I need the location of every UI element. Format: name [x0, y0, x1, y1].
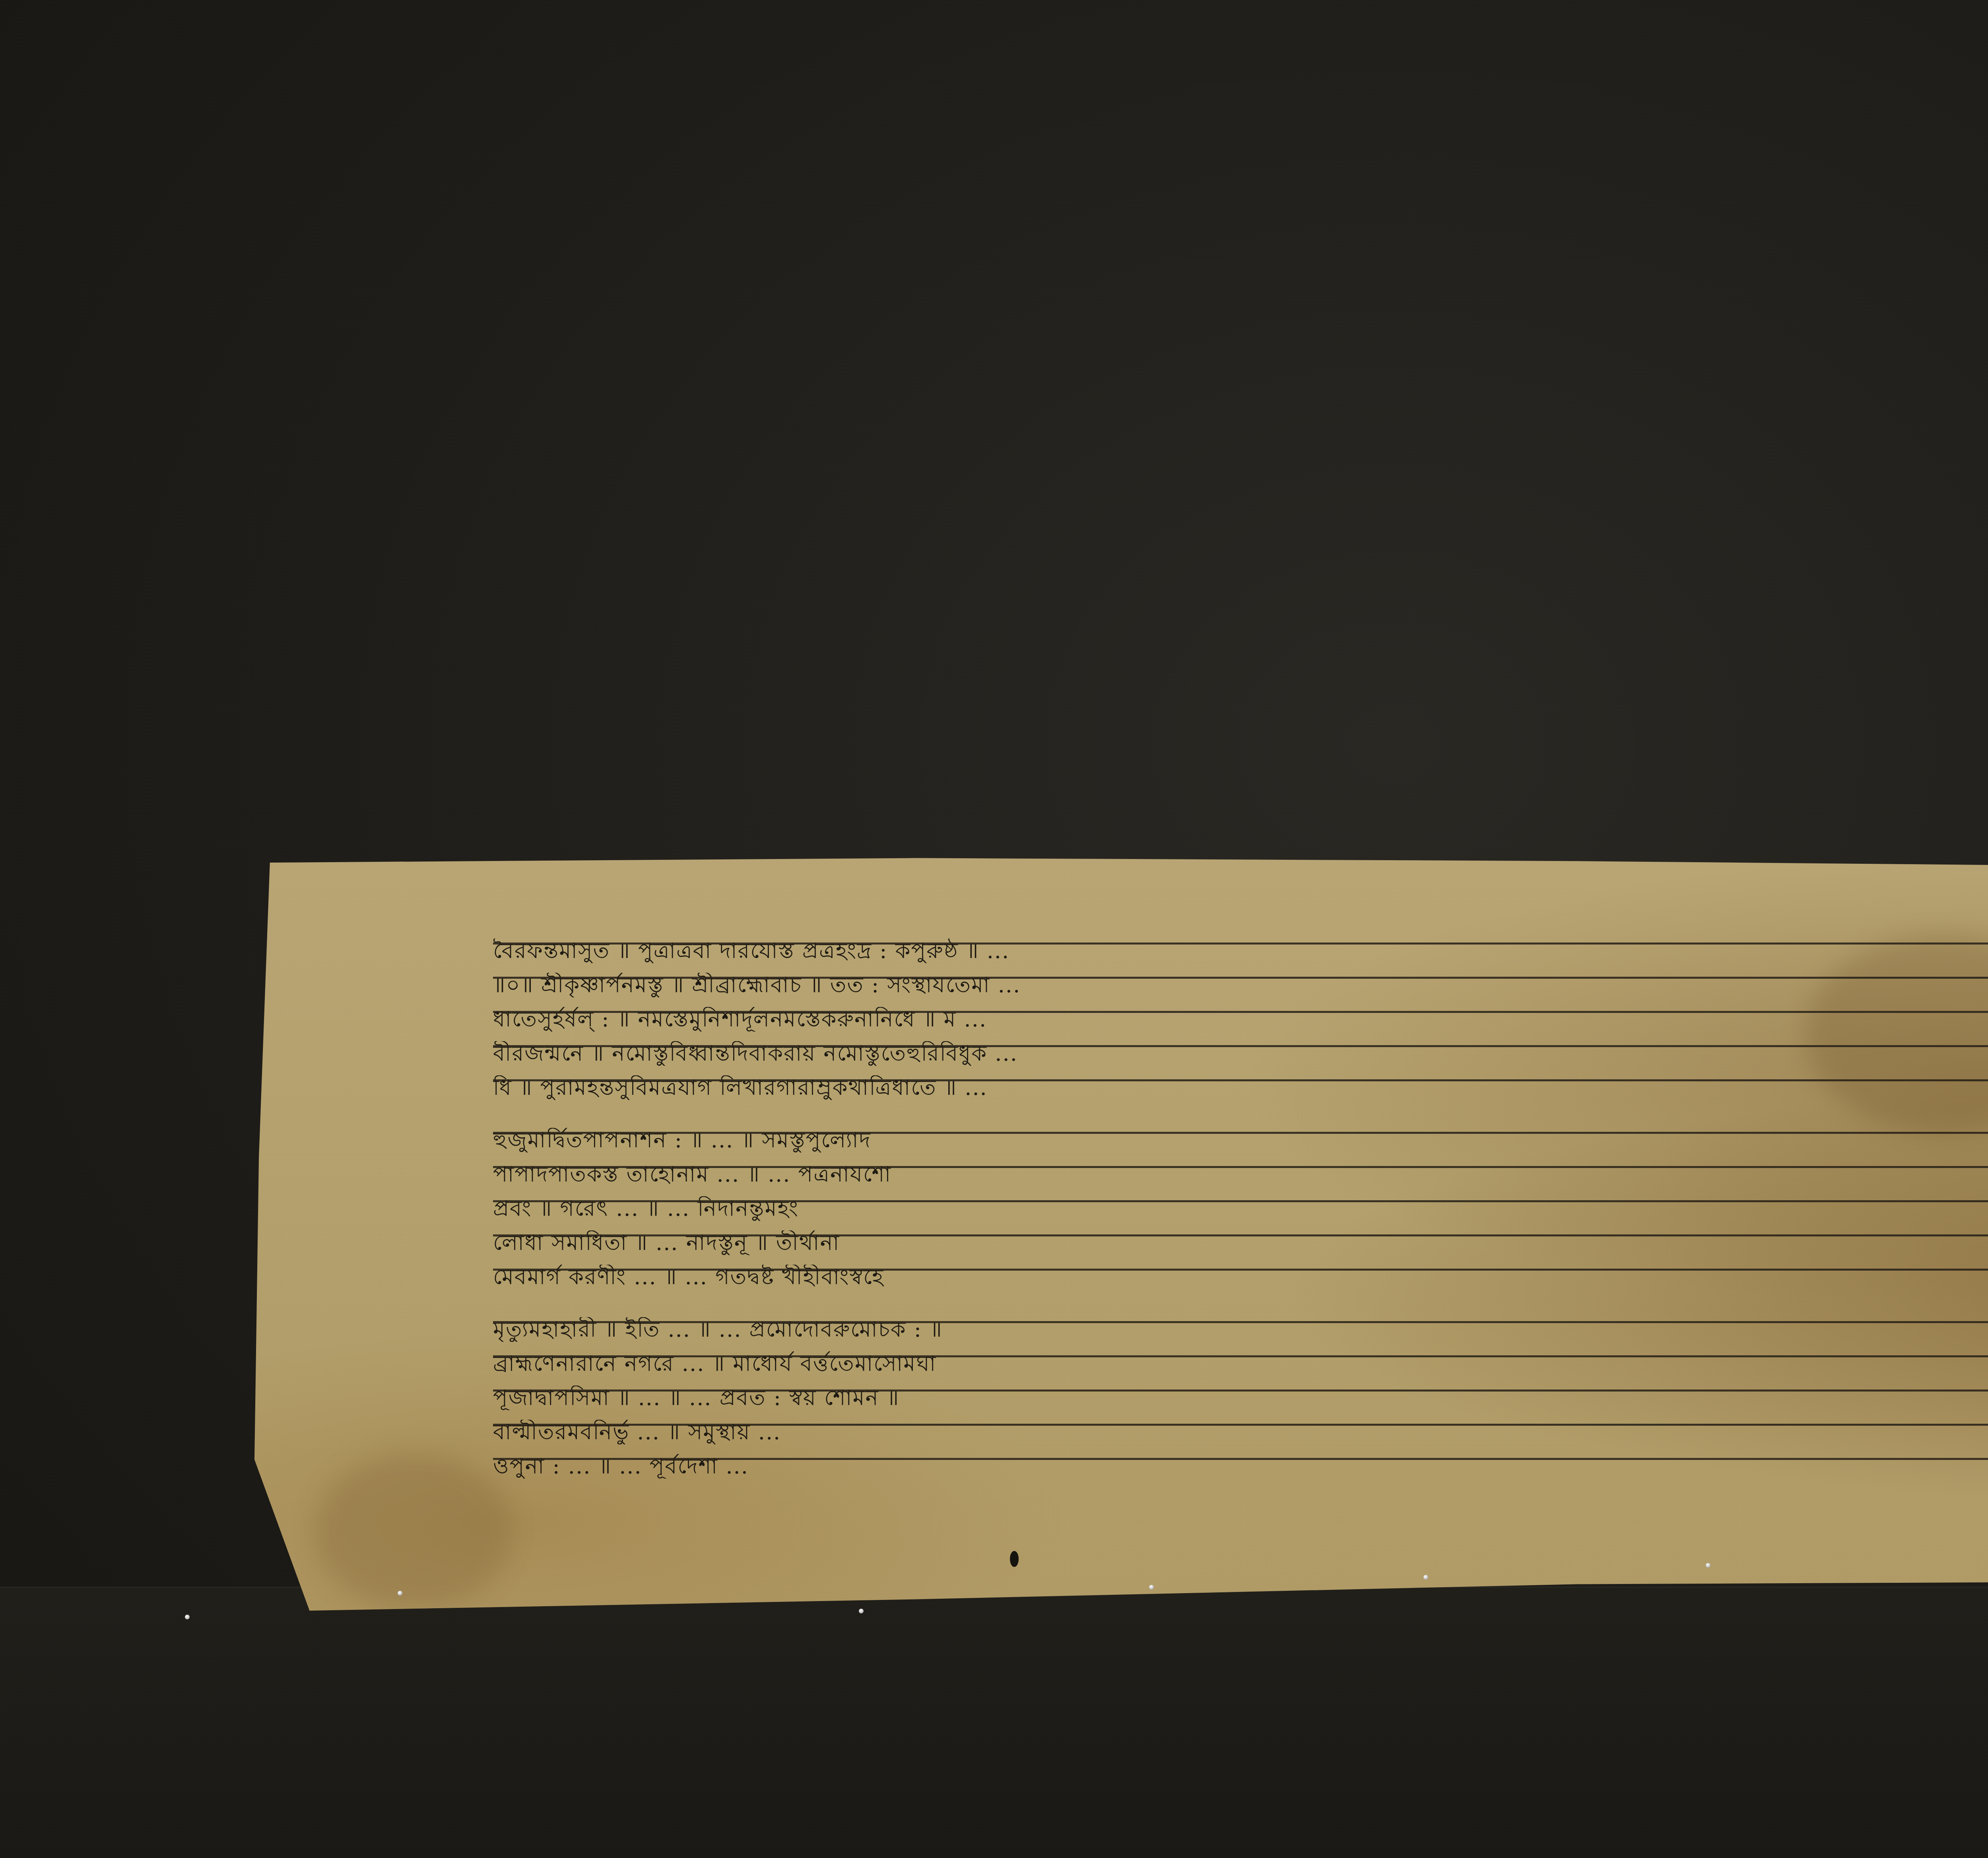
text-line: প্রবং ॥ গরেৎ ... ॥ ... নিদানন্তুমহং — [493, 1196, 1988, 1221]
manuscript-leaf: বৈরফন্তমাসুত ॥ পুত্রাত্রবা দারযোস্ত প্রত… — [254, 855, 1988, 1611]
text-line: ধাতেসুর্হর্ষল্ : ॥ নমস্তেমুনিশার্দূলনমস্… — [493, 1007, 1988, 1032]
mounting-pin — [1423, 1575, 1428, 1580]
text-line: পূজাদ্বাপসিমা ॥ ... ॥ ... প্রবত : স্বয় … — [493, 1386, 1988, 1410]
mounting-pin — [1706, 1563, 1710, 1568]
manuscript-text: বৈরফন্তমাসুত ॥ পুত্রাত্রবা দারযোস্ত প্রত… — [493, 939, 1988, 1506]
text-block-lower: মৃত্যুমহাহারী ॥ ইতি ... ॥ ... প্রমোদোবরু… — [493, 1317, 1988, 1479]
ink-hole-mark — [1010, 1551, 1019, 1567]
text-line: মৃত্যুমহাহারী ॥ ইতি ... ॥ ... প্রমোদোবরু… — [493, 1317, 1988, 1342]
text-line: বৈরফন্তমাসুত ॥ পুত্রাত্রবা দারযোস্ত প্রত… — [493, 939, 1988, 963]
text-line: বাল্মীতরমবনির্ভু ... ॥ সমুস্থায় ... — [493, 1420, 1988, 1444]
text-block-middle: হুজুমার্দ্বিতপাপনাশন : ॥ ... ॥ সমস্তুপুল… — [493, 1128, 1988, 1289]
text-line: বীরজন্মনে ॥ নমোস্তুবিধ্বান্তদিবাকরায় নম… — [493, 1041, 1988, 1066]
display-shelf — [0, 1587, 1988, 1858]
mounting-pin — [398, 1591, 402, 1596]
text-line: ॥০॥ শ্রীকৃষ্ণার্পনমস্তু ॥ শ্রীব্রাহ্মোবা… — [493, 973, 1988, 997]
text-line: লোধা সমাধিতা ॥ ... নাদস্তুনূ ॥ তীর্থানা — [493, 1230, 1988, 1255]
mounting-pin — [185, 1615, 190, 1619]
text-line: মেবমার্গ করণীং ... ॥ ... গতদ্বষ্ট খীহীবা… — [493, 1265, 1988, 1289]
text-line: হুজুমার্দ্বিতপাপনাশন : ॥ ... ॥ সমস্তুপুল… — [493, 1128, 1988, 1153]
mounting-pin — [859, 1609, 864, 1613]
text-line: পাপাদপাতকস্ত তাহোনাম ... ॥ ... পত্রনাযশো — [493, 1162, 1988, 1187]
text-line: ওপুনা : ... ॥ ... পূর্বদেশা ... — [493, 1454, 1988, 1479]
water-stain — [314, 1452, 513, 1611]
text-block-upper: বৈরফন্তমাসুত ॥ পুত্রাত্রবা দারযোস্ত প্রত… — [493, 939, 1988, 1100]
text-line: ব্রাহ্মণেনারানে নগরে ... ॥ মাধোর্য বর্ত্… — [493, 1351, 1988, 1376]
text-line: ধি ॥ পুরামহন্তসুবিমত্রযাগ লিখারগারাম্রুক… — [493, 1075, 1988, 1100]
mounting-pin — [1149, 1585, 1154, 1590]
